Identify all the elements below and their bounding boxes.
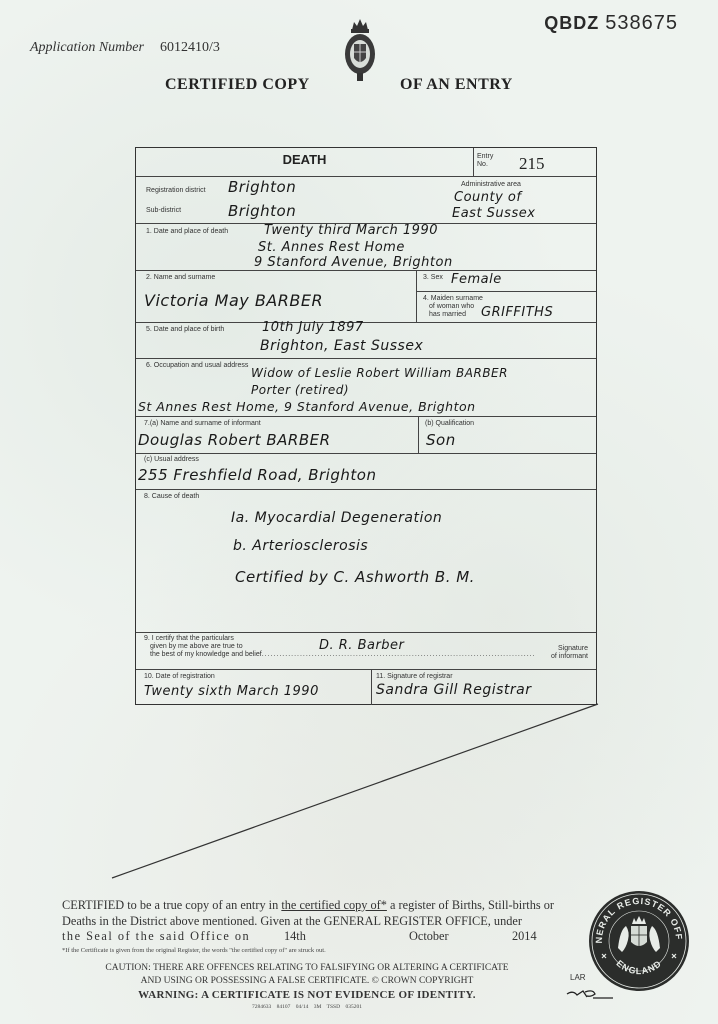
place-of-death-line1: St. Annes Rest Home <box>258 240 405 255</box>
signature-of-informant-label: Signature of informant <box>526 645 588 661</box>
maiden-label-line2: of woman who <box>423 303 474 310</box>
issue-day: 14th <box>284 929 306 944</box>
application-number-label: Application Number <box>30 40 144 56</box>
serial-number: 538675 <box>605 12 678 34</box>
cause-of-death-1a: Ia. Myocardial Degeneration <box>231 510 442 526</box>
registration-district-value: Brighton <box>228 178 296 196</box>
issue-year: 2014 <box>512 929 537 944</box>
sub-district-value: Brighton <box>228 202 296 220</box>
form-title: DEATH <box>136 152 473 167</box>
occupation-line1: Widow of Leslie Robert William BARBER <box>251 366 508 380</box>
registration-district-label: Registration district <box>146 187 206 195</box>
certification-label-line1: 9. I certify that the particulars <box>144 635 234 642</box>
identity-warning: WARNING: A CERTIFICATE IS NOT EVIDENCE O… <box>62 989 552 1001</box>
place-of-birth: Brighton, East Sussex <box>260 338 423 354</box>
name-label: 2. Name and surname <box>146 274 215 282</box>
royal-crest-icon <box>340 16 380 86</box>
entry-number: 215 <box>519 154 545 174</box>
maiden-surname-value: GRIFFITHS <box>481 305 553 320</box>
date-of-death: Twenty third March 1990 <box>264 223 438 238</box>
informant-signature: D. R. Barber <box>319 638 404 653</box>
certified-text-underlined: the certified copy of* <box>281 898 387 912</box>
certification-label-line2: given by me above are true to <box>144 643 243 650</box>
registrar-signature-label: 11. Signature of registrar <box>376 673 453 681</box>
application-number: 6012410/3 <box>160 40 220 56</box>
cause-of-death-1b: b. Arteriosclerosis <box>233 538 368 554</box>
informant-address: 255 Freshfield Road, Brighton <box>138 466 376 484</box>
place-of-death-line2: 9 Stanford Avenue, Brighton <box>254 255 453 270</box>
date-of-registration-label: 10. Date of registration <box>144 673 215 681</box>
serial-prefix: QBDZ <box>544 13 599 33</box>
lar-initials-label: LAR <box>570 973 586 982</box>
cause-of-death-label: 8. Cause of death <box>144 493 199 501</box>
maiden-label-line1: 4. Maiden surname <box>423 295 483 302</box>
sex-label: 3. Sex <box>423 274 443 282</box>
sex-value: Female <box>451 272 502 287</box>
signature-label-line2: of informant <box>551 653 588 660</box>
issue-month: October <box>409 929 449 944</box>
title-certified-copy: CERTIFIED COPY <box>165 76 310 94</box>
certified-text-pre: CERTIFIED to be a true copy of an entry … <box>62 898 281 912</box>
date-of-registration: Twenty sixth March 1990 <box>144 684 319 699</box>
caution-line1: CAUTION: THERE ARE OFFENCES RELATING TO … <box>105 963 508 973</box>
seal-of-office-text: the Seal of the said Office on <box>62 929 250 944</box>
informant-address-label: (c) Usual address <box>144 456 199 464</box>
deceased-name: Victoria May BARBER <box>144 291 323 310</box>
print-code: 7284633 84107 04/14 3M TSSD 035201 <box>62 1004 552 1010</box>
date-place-death-label: 1. Date and place of death <box>146 228 228 236</box>
certificate-serial-number: QBDZ538675 <box>544 12 678 35</box>
certification-label-line3: the best of my knowledge and belief <box>144 651 262 658</box>
registrar-signature: Sandra Gill Registrar <box>376 682 531 698</box>
maiden-surname-label: 4. Maiden surname of woman who has marri… <box>423 295 483 319</box>
sub-district-label: Sub-district <box>146 207 181 215</box>
cause-of-death-certified: Certified by C. Ashworth B. M. <box>235 568 475 586</box>
entry-number-label: Entry No. <box>477 153 501 169</box>
informant-name: Douglas Robert BARBER <box>138 431 331 449</box>
qualification-label: (b) Qualification <box>425 420 474 428</box>
general-register-office-seal-icon: GENERAL REGISTER OFFICE ENGLAND <box>588 890 690 992</box>
informant-qualification: Son <box>426 431 456 449</box>
occupation-line2: Porter (retired) <box>251 383 349 397</box>
initials-signature <box>565 987 615 1001</box>
informant-name-label: 7.(a) Name and surname of informant <box>144 420 261 428</box>
caution-notice: CAUTION: THERE ARE OFFENCES RELATING TO … <box>62 962 552 988</box>
certification-statement: CERTIFIED to be a true copy of an entry … <box>62 897 554 929</box>
date-of-birth: 10th July 1897 <box>262 320 364 335</box>
death-entry-form: DEATH Entry No. 215 Registration distric… <box>135 147 597 705</box>
administrative-area-label: Administrative area <box>461 181 521 189</box>
administrative-area-line1: County of <box>454 190 521 205</box>
administrative-area-line2: East Sussex <box>452 206 535 221</box>
caution-line2: AND USING OR POSSESSING A FALSE CERTIFIC… <box>141 976 474 986</box>
footnote: *If the Certificate is given from the or… <box>62 947 326 954</box>
usual-address: St Annes Rest Home, 9 Stanford Avenue, B… <box>138 399 476 414</box>
date-place-birth-label: 5. Date and place of birth <box>146 326 224 334</box>
occupation-address-label: 6. Occupation and usual address <box>146 362 248 370</box>
title-of-an-entry: OF AN ENTRY <box>400 76 513 94</box>
maiden-label-line3: has married <box>423 311 466 318</box>
signature-label-line1: Signature <box>558 645 588 652</box>
